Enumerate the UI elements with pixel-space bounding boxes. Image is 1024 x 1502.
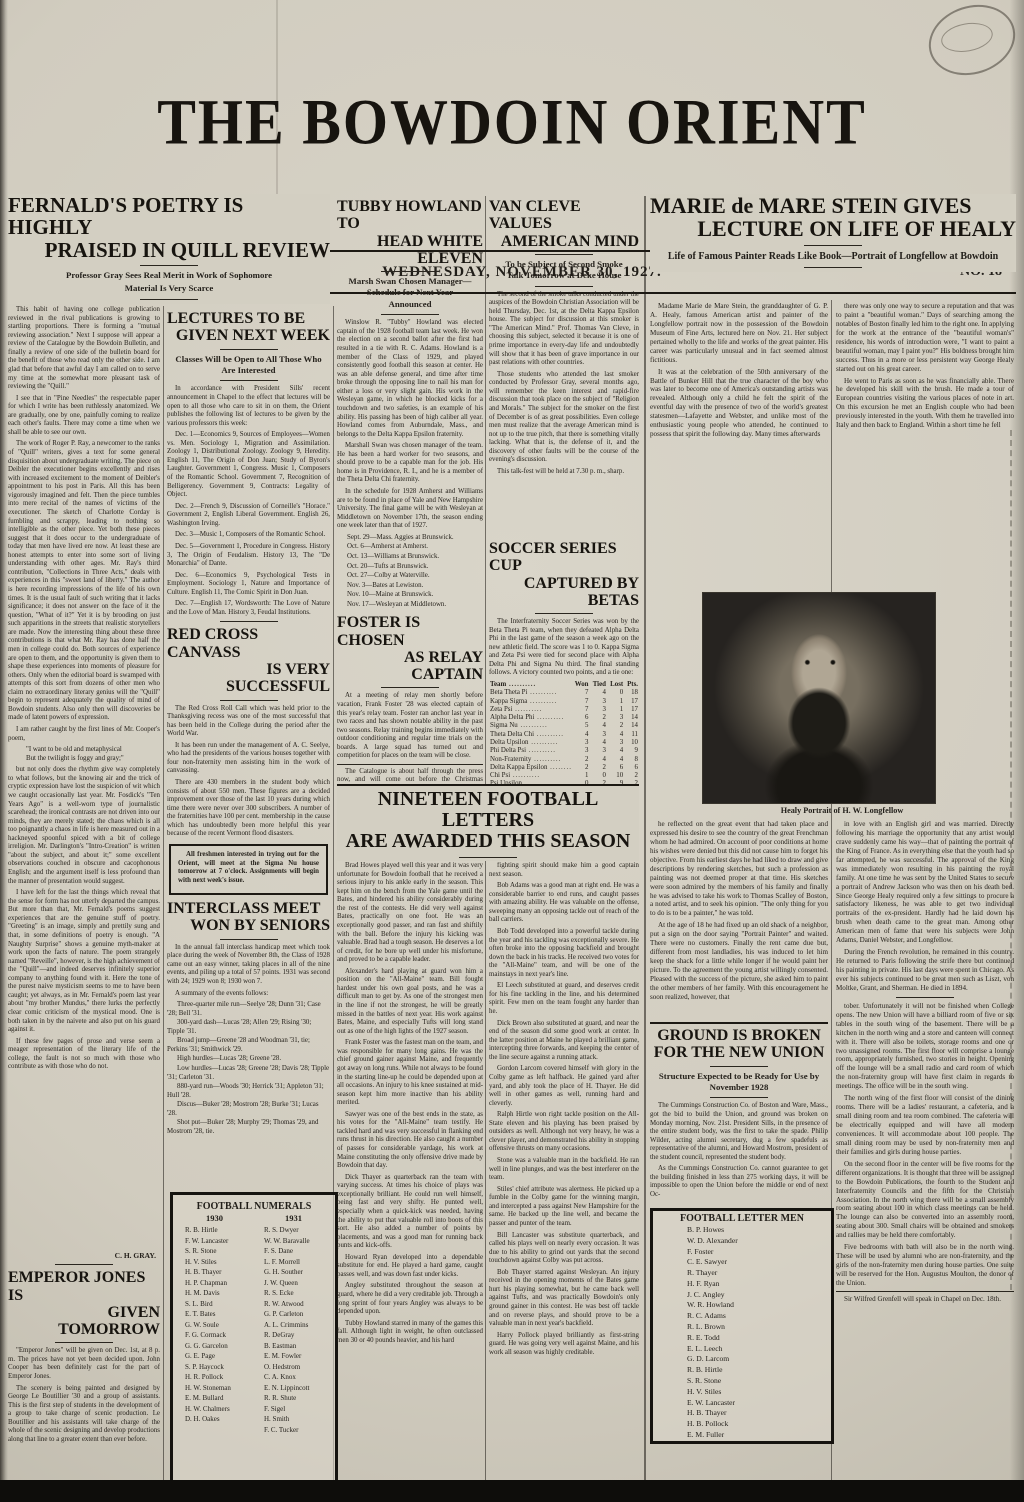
paragraph: I have left for the last the things whic…: [8, 889, 160, 1035]
table-cell: 1: [571, 772, 589, 780]
table-cell: 0: [590, 772, 607, 780]
player-name: G. H. Souther: [264, 1267, 333, 1278]
table-cell: 3: [571, 739, 589, 747]
table-cell: 1: [607, 698, 624, 706]
box-title: FOOTBALL NUMERALS: [175, 1201, 333, 1212]
player-name: F. Sigel: [264, 1404, 333, 1415]
subhead: Professor Gray Sees Real Merit in Work o…: [16, 270, 322, 281]
paragraph: Dec. 5—Government 1, Procedure in Congre…: [167, 543, 330, 569]
player-name: C. E. Sawyer: [687, 1257, 831, 1268]
player-name: H. R. Pollock: [185, 1372, 254, 1383]
table-cell: 7: [571, 689, 589, 697]
paragraph: There are 430 members in the student bod…: [167, 779, 330, 839]
player-name: H. B. Thayer: [687, 1408, 831, 1419]
column-fernald-body: This habit of having one college publica…: [8, 306, 160, 1248]
player-name: B. Eastman: [264, 1341, 333, 1352]
player-name: H. F. Ryan: [687, 1279, 831, 1290]
rule: [381, 314, 439, 315]
byline: C. H. GRAY.: [8, 1251, 156, 1260]
schedule-entry: Nov. 10—Maine at Brunswick.: [337, 591, 483, 600]
article-fernald-review-headline: FERNALD'S POETRY IS HIGHLY PRAISED IN QU…: [8, 194, 330, 304]
paragraph: The Red Cross Roll Call which was held p…: [167, 705, 330, 739]
table-cell: 2: [571, 756, 589, 764]
paragraph: in love with an English girl and was mar…: [836, 820, 1014, 945]
headline-van-cleve: VAN CLEVE VALUES AMERICAN MIND: [489, 198, 639, 250]
table-cell: 2: [607, 722, 624, 730]
paragraph: Dec. 6—Economics 9, Psychological Tests …: [167, 572, 330, 598]
paragraph: Tubby Howland starred in many of the gam…: [337, 1320, 483, 1346]
paragraph: This talk-fest will be held at 7.30 p. m…: [489, 468, 639, 477]
table-cell: 17: [624, 698, 639, 706]
player-name: R. L. Brown: [687, 1322, 831, 1333]
table-row: Sigma Nu54214: [489, 722, 639, 730]
player-name: J. W. Queen: [264, 1278, 333, 1289]
player-name: R. B. Hirtle: [687, 1365, 831, 1376]
player-name: H. M. Davis: [185, 1288, 254, 1299]
paragraph: Bob Adams was a good man at right end. H…: [489, 882, 639, 925]
table-cell: 3: [590, 747, 607, 755]
player-name: R. R. Shute: [264, 1393, 333, 1404]
paragraph: tober. Unfortunately it will not be fini…: [836, 1002, 1014, 1091]
player-name: R. E. Todd: [687, 1333, 831, 1344]
paragraph: In accordance with President Sills' rece…: [167, 385, 330, 428]
table-cell: 8: [624, 756, 639, 764]
numerals-1931-list: R. S. DwyerW. W. BaravalleF. S. DaneL. F…: [254, 1225, 333, 1435]
paragraph: During the French revolution, he remaine…: [836, 948, 1014, 993]
table-cell: Delta Upsilon: [489, 739, 571, 747]
rule: [804, 245, 862, 246]
column-healy-left-bottom: he reflected on the great event that had…: [650, 820, 828, 1018]
event-result: 300-yard dash—Lucas '28; Allen '29; Risi…: [167, 1019, 330, 1036]
column-soccer-series: SOCCER SERIES CUP CAPTURED BY BETAS The …: [489, 538, 639, 798]
player-name: E. N. Lippincott: [264, 1383, 333, 1394]
player-name: D. H. Oakes: [185, 1414, 254, 1425]
rule: [710, 1097, 768, 1098]
paragraph: Five bedrooms with bath will also be in …: [836, 1243, 1014, 1288]
football-letter-men-box: FOOTBALL LETTER MEN B. P. HowesW. D. Ale…: [650, 1208, 834, 1444]
table-cell: 3: [571, 747, 589, 755]
paragraph: Those students who attended the last smo…: [489, 371, 639, 465]
rule: [55, 1342, 113, 1343]
table-cell: 4: [590, 739, 607, 747]
table-cell: Phi Delta Psi: [489, 747, 571, 755]
paragraph: It has been run under the management of …: [167, 742, 330, 776]
table-row: Kappa Sigma73117: [489, 698, 639, 706]
table-cell: Sigma Nu: [489, 722, 571, 730]
table-cell: 2: [624, 772, 639, 780]
paragraph: fighting spirit should make him a good c…: [489, 862, 639, 879]
player-name: G. E. Page: [185, 1351, 254, 1362]
rule: [220, 349, 278, 350]
schedule-entry: Oct. 6—Amherst at Amherst.: [337, 543, 483, 552]
player-name: E. L. Leech: [687, 1344, 831, 1355]
table-row: Phi Delta Psi3349: [489, 747, 639, 755]
paragraph: At the age of 18 he had fixed up an old …: [650, 921, 828, 1001]
player-name: H. B. Thayer: [185, 1267, 254, 1278]
table-row: Chi Psi10102: [489, 772, 639, 780]
paragraph: The second of the smoke talks conducted …: [489, 291, 639, 368]
numerals-1930-list: R. B. HirtleF. W. LancasterS. R. StoneH.…: [175, 1225, 254, 1435]
schedule-1928-list: Sept. 29—Mass. Aggies at Brunswick.Oct. …: [337, 534, 483, 610]
player-name: R. B. Hirtle: [185, 1225, 254, 1236]
table-cell: 4: [571, 731, 589, 739]
column-header: Won: [571, 681, 589, 689]
table-row: Zeta Psi73117: [489, 706, 639, 714]
player-name: G. W. Soule: [185, 1320, 254, 1331]
paragraph: Marshall Swan was chosen manager of the …: [337, 442, 483, 485]
paragraph: The Interfraternity Soccer Series was wo…: [489, 618, 639, 678]
newspaper-page: THE BOWDOIN ORIENT VOL. LVII. WEDNESDAY,…: [0, 0, 1024, 1502]
event-result: 880-yard run—Woods '30; Herrick '31; App…: [167, 1083, 330, 1100]
subhead: Classes Will be Open to All Those Who Ar…: [175, 354, 322, 377]
table-cell: 2: [590, 764, 607, 772]
table-row: Theta Delta Chi43411: [489, 731, 639, 739]
headline-ground-broken: GROUND IS BROKEN FOR THE NEW UNION: [650, 1022, 828, 1062]
event-result: Shot put—Buker '28; Murphy '29; Thomas '…: [167, 1119, 330, 1136]
player-name: R. S. Ecke: [264, 1288, 333, 1299]
paragraph: I see that in "Pine Needles" the respect…: [8, 395, 160, 438]
column-rule: [644, 196, 646, 1480]
table-cell: 4: [590, 722, 607, 730]
column-header: Lost: [607, 681, 624, 689]
box-title: FOOTBALL LETTER MEN: [653, 1213, 831, 1224]
player-name: L. F. Morrell: [264, 1257, 333, 1268]
paragraph: Brad Howes played well this year and it …: [337, 862, 483, 965]
rule: [220, 621, 278, 622]
player-name: E. M. Bullard: [185, 1393, 254, 1404]
paragraph: As the Cummings Construction Co. cannot …: [650, 1165, 828, 1199]
event-result: High hurdles—Lucas '28; Greene '28.: [167, 1055, 330, 1064]
paragraph: This habit of having one college publica…: [8, 306, 160, 392]
paragraph: Frank Foster was the fastest man on the …: [337, 1039, 483, 1108]
column-lectures-redcross-interclass: LECTURES TO BE GIVEN NEXT WEEK Classes W…: [167, 308, 330, 1188]
paragraph: The scenery is being painted and designe…: [8, 1385, 160, 1445]
paragraph: Madame Marie de Mare Stein, the granddau…: [650, 302, 828, 365]
player-name: E. W. Lancaster: [687, 1398, 831, 1409]
numerals-columns: R. B. HirtleF. W. LancasterS. R. StoneH.…: [175, 1225, 333, 1435]
poem-quote: "I want to be old and metaphysicalBut th…: [26, 746, 160, 763]
paragraph: In the annual fall interclass handicap m…: [167, 944, 330, 987]
rule: [896, 997, 954, 998]
player-name: W. W. Baravalle: [264, 1236, 333, 1247]
paragraph: Stiles' chief attribute was alertness. H…: [489, 1186, 639, 1229]
column-emperor-jones: C. H. GRAY. EMPEROR JONES IS GIVEN TOMOR…: [8, 1250, 160, 1496]
schedule-entry: Oct. 20—Tufts at Brunswick.: [337, 563, 483, 572]
player-name: H. V. Stiles: [185, 1257, 254, 1268]
rule: [220, 939, 278, 940]
table-cell: 17: [624, 706, 639, 714]
table-cell: 4: [590, 689, 607, 697]
paragraph: Sawyer was one of the best ends in the s…: [337, 1111, 483, 1171]
schedule-entry: Sept. 29—Mass. Aggies at Brunswick.: [337, 534, 483, 543]
column-rule: [163, 306, 164, 1480]
player-name: C. A. Knox: [264, 1372, 333, 1383]
table-cell: Alpha Delta Phi: [489, 714, 571, 722]
table-cell: 10: [624, 739, 639, 747]
headline-howland: TUBBY HOWLAND TO HEAD WHITE ELEVEN: [337, 198, 483, 267]
event-result: Low hurdles—Lucas '28; Greene '28; Davis…: [167, 1065, 330, 1082]
table-header-row: Team Won Tied Lost Pts.: [489, 681, 639, 689]
player-name: R. Thayer: [687, 1268, 831, 1279]
paragraph: In the schedule for 1928 Amherst and Wil…: [337, 488, 483, 531]
paragraph: The Cummings Construction Co. of Boston …: [650, 1102, 828, 1162]
player-name: H. P. Chapman: [185, 1278, 254, 1289]
rule: [535, 254, 593, 255]
table-row: Alpha Delta Phi62314: [489, 714, 639, 722]
paragraph: If these few pages of prose and verse se…: [8, 1038, 160, 1072]
event-result: Broad jump—Greene '28 and Woodman '31, t…: [167, 1037, 330, 1054]
rule: [140, 299, 198, 300]
column-healy-right-top: there was only one way to secure a reput…: [836, 302, 1014, 590]
column-header: Team: [489, 681, 571, 689]
rule: [710, 1066, 768, 1067]
table-cell: 3: [590, 698, 607, 706]
football-numerals-box: FOOTBALL NUMERALS 1930 1931 R. B. Hirtle…: [170, 1192, 338, 1498]
player-name: O. Hedstrom: [264, 1362, 333, 1373]
table-row: Non-Fraternity2448: [489, 756, 639, 764]
table-cell: 6: [624, 764, 639, 772]
paragraph: I am rather caught by the first lines of…: [8, 726, 160, 743]
rule: [459, 857, 517, 858]
paragraph: Dec. 1—Economics 9, Sources of Employees…: [167, 431, 330, 500]
table-cell: 4: [607, 731, 624, 739]
paragraph: Bob Thayer starred against Wesleyan. An …: [489, 1269, 639, 1329]
paragraph: The north wing of the first floor will c…: [836, 1094, 1014, 1157]
article-healy-lecture-headline: MARIE de MARE STEIN GIVES LECTURE ON LIF…: [650, 194, 1016, 272]
paragraph: Bill Lancaster was substitute quarterbac…: [489, 1232, 639, 1266]
player-name: S. R. Stone: [687, 1376, 831, 1387]
table-cell: 6: [607, 764, 624, 772]
table-row: Beta Theta Pi74018: [489, 689, 639, 697]
table-cell: 0: [607, 689, 624, 697]
column-letters-right: fighting spirit should make him a good c…: [489, 862, 639, 1495]
table-cell: 7: [571, 698, 589, 706]
rule: [220, 380, 278, 381]
schedule-entry: Oct. 27—Colby at Waterville.: [337, 572, 483, 581]
table-cell: 3: [607, 739, 624, 747]
player-name: H. B. Pollock: [687, 1419, 831, 1430]
subhead: Marsh Swan Chosen Manager—Schedule for N…: [345, 276, 475, 310]
grenfell-note: Sir Wilfred Grenfell will speak in Chape…: [836, 1291, 1014, 1304]
table-cell: Delta Kappa Epsilon: [489, 764, 571, 772]
paragraph: Winslow R. "Tubby" Howland was elected c…: [337, 319, 483, 439]
player-name: R. S. Dwyer: [264, 1225, 333, 1236]
paragraph: Dick Brown also substituted at guard, an…: [489, 1020, 639, 1063]
masthead-title: THE BOWDOIN ORIENT: [0, 84, 1024, 159]
headline: FERNALD'S POETRY IS HIGHLY PRAISED IN QU…: [8, 194, 330, 261]
player-name: H. Smith: [264, 1414, 333, 1425]
headline: EMPEROR JONES IS GIVEN TOMORROW: [8, 1269, 160, 1338]
table-cell: 9: [624, 747, 639, 755]
table-cell: 6: [571, 714, 589, 722]
player-name: E. T. Bates: [185, 1309, 254, 1320]
table-cell: 3: [590, 731, 607, 739]
player-name: F. G. Cormack: [185, 1330, 254, 1341]
table-cell: 10: [607, 772, 624, 780]
notice-text: All freshmen interested in trying out fo…: [178, 851, 319, 885]
headline-interclass: INTERCLASS MEET WON BY SENIORS: [167, 900, 330, 935]
player-name: R. C. Adams: [687, 1311, 831, 1322]
player-name: F. C. Tucker: [264, 1425, 333, 1436]
player-name: G. D. Larcom: [687, 1354, 831, 1365]
subhead: Material Is Very Scarce: [16, 283, 322, 294]
player-name: F. Foster: [687, 1247, 831, 1258]
paragraph: He went to Paris as soon as he was finan…: [836, 377, 1014, 431]
event-result: Discus—Buker '28; Mostrom '28; Burke '31…: [167, 1101, 330, 1118]
paragraph: El Leech substituted at guard, and deser…: [489, 982, 639, 1016]
paragraph: Dick Thayer as quarterback ran the team …: [337, 1174, 483, 1251]
year-headers: 1930 1931: [175, 1213, 333, 1223]
paragraph: Ralph Hirtle won right tackle position o…: [489, 1111, 639, 1154]
table-cell: Kappa Sigma: [489, 698, 571, 706]
column-letters-left: Brad Howes played well this year and it …: [337, 862, 483, 1495]
table-cell: 11: [624, 731, 639, 739]
table-cell: 4: [607, 747, 624, 755]
paragraph: Harry Pollock played brilliantly as firs…: [489, 1332, 639, 1358]
paragraph: Alexander's hard playing at guard won hi…: [337, 968, 483, 1037]
player-name: G. P. Carleton: [264, 1309, 333, 1320]
table-row: Delta Upsilon34310: [489, 739, 639, 747]
paragraph: Dec. 2—French 9, Discussion of Corneille…: [167, 503, 330, 529]
table-cell: 1: [607, 706, 624, 714]
photo-caption: Healy Portrait of H. W. Longfellow: [712, 806, 972, 815]
table-cell: 14: [624, 714, 639, 722]
rule: [381, 687, 439, 688]
schedule-entry: Nov. 17—Wesleyan at Middletown.: [337, 601, 483, 610]
table-cell: 18: [624, 689, 639, 697]
longfellow-portrait-photo: [702, 592, 936, 804]
player-name: E. M. Fowler: [264, 1351, 333, 1362]
table-cell: Theta Delta Chi: [489, 731, 571, 739]
paragraph: Dec. 7—English 17, Wordsworth: The Love …: [167, 600, 330, 617]
table-row: Delta Kappa Epsilon2266: [489, 764, 639, 772]
ink-stamp: [920, 0, 1024, 86]
schedule-entry: Oct. 13—Williams at Brunswick.: [337, 553, 483, 562]
table-cell: 4: [590, 756, 607, 764]
year-1930: 1930: [175, 1213, 254, 1223]
player-name: R. W. Atwood: [264, 1299, 333, 1310]
table-cell: 2: [571, 764, 589, 772]
rule: [804, 267, 862, 268]
player-name: H. W. Chalmers: [185, 1404, 254, 1415]
event-results-list: Three-quarter mile run—Seelye '28; Dunn …: [167, 1001, 330, 1136]
paragraph: Bob Todd developed into a powerful tackl…: [489, 928, 639, 979]
player-name: R. DeGray: [264, 1330, 333, 1341]
headline-soccer: SOCCER SERIES CUP CAPTURED BY BETAS: [489, 540, 639, 609]
paragraph: he reflected on the great event that had…: [650, 820, 828, 918]
player-name: E. M. Fuller: [687, 1430, 831, 1441]
player-name: S. P. Haycock: [185, 1362, 254, 1373]
schedule-entry: Nov. 3—Bates at Lewiston.: [337, 582, 483, 591]
column-van-cleve: VAN CLEVE VALUES AMERICAN MIND To be Sub…: [489, 196, 639, 536]
page-edge-left: [0, 0, 8, 1502]
player-name: F. S. Dane: [264, 1246, 333, 1257]
player-name: A. L. Crimmins: [264, 1320, 333, 1331]
player-name: H. V. Stiles: [687, 1387, 831, 1398]
table-cell: 3: [590, 706, 607, 714]
player-name: W. D. Alexander: [687, 1236, 831, 1247]
letter-men-list: B. P. HowesW. D. AlexanderF. FosterC. E.…: [653, 1225, 831, 1441]
paragraph: Gordon Larcom covered himself with glory…: [489, 1065, 639, 1108]
paragraph: Angley substituted throughout the season…: [337, 1282, 483, 1316]
subhead: Structure Expected to be Ready for Use b…: [658, 1071, 820, 1094]
player-name: F. W. Lancaster: [185, 1236, 254, 1247]
column-header: Pts.: [624, 681, 639, 689]
article-football-letters-headline: NINETEEN FOOTBALL LETTERS ARE AWARDED TH…: [337, 784, 639, 861]
table-cell: 14: [624, 722, 639, 730]
player-name: S. R. Stone: [185, 1246, 254, 1257]
table-cell: Non-Fraternity: [489, 756, 571, 764]
freshmen-notice-box: All freshmen interested in trying out fo…: [169, 844, 328, 895]
table-cell: Beta Theta Pi: [489, 689, 571, 697]
paragraph: Howard Ryan developed into a dependable …: [337, 1254, 483, 1280]
paragraph: but not only does the rhythm give way co…: [8, 766, 160, 886]
paragraph: On the second floor in the center will b…: [836, 1160, 1014, 1240]
player-name: H. W. Stoneman: [185, 1383, 254, 1394]
table-cell: 4: [607, 756, 624, 764]
subhead: Life of Famous Painter Reads Like Book—P…: [658, 250, 1008, 263]
headline-lectures: LECTURES TO BE GIVEN NEXT WEEK: [167, 310, 330, 345]
player-name: W. R. Howland: [687, 1300, 831, 1311]
player-name: G. G. Garcelon: [185, 1341, 254, 1352]
player-name: B. P. Howes: [687, 1225, 831, 1236]
table-cell: Chi Psi: [489, 772, 571, 780]
quote-line: "I want to be old and metaphysical: [26, 746, 160, 755]
paragraph: A summary of the events follows:: [167, 990, 330, 999]
event-result: Three-quarter mile run—Seelye '28; Dunn …: [167, 1001, 330, 1018]
rule: [220, 700, 278, 701]
headline: NINETEEN FOOTBALL LETTERS ARE AWARDED TH…: [337, 789, 639, 853]
paragraph: "Emperor Jones" will be given on Dec. 1s…: [8, 1347, 160, 1381]
table-cell: Zeta Psi: [489, 706, 571, 714]
paragraph: there was only one way to secure a reput…: [836, 302, 1014, 374]
subhead: To be Subject of Second Smoke Talk Tomor…: [497, 259, 631, 282]
quote-line: But the twilight is foggy and gray;": [26, 755, 160, 764]
table-cell: 3: [607, 714, 624, 722]
column-header: Tied: [590, 681, 607, 689]
paragraph: At a meeting of relay men shortly before…: [337, 692, 483, 761]
paragraph: Dec. 3—Music 1, Composers of the Romanti…: [167, 531, 330, 540]
player-name: J. C. Angley: [687, 1290, 831, 1301]
column-healy-left-top: Madame Marie de Mare Stein, the granddau…: [650, 302, 828, 590]
rule: [535, 286, 593, 287]
column-healy-right-bottom: in love with an English girl and was mar…: [836, 820, 1014, 1480]
headline: MARIE de MARE STEIN GIVES LECTURE ON LIF…: [650, 194, 1016, 241]
rule: [140, 265, 198, 266]
player-name: S. L. Bird: [185, 1299, 254, 1310]
table-cell: 7: [571, 706, 589, 714]
rule: [535, 613, 593, 614]
soccer-standings-table: Team Won Tied Lost Pts. Beta Theta Pi740…: [489, 681, 639, 789]
table-cell: 2: [590, 714, 607, 722]
year-1931: 1931: [254, 1213, 333, 1223]
headline-foster: FOSTER IS CHOSEN AS RELAY CAPTAIN: [337, 614, 483, 683]
headline-red-cross: RED CROSS CANVASS IS VERY SUCCESSFUL: [167, 626, 330, 695]
paragraph: It was at the celebration of the 50th an…: [650, 368, 828, 440]
column-ground-broken: GROUND IS BROKEN FOR THE NEW UNION Struc…: [650, 1020, 828, 1206]
rule: [55, 1264, 113, 1265]
column-howland-foster: TUBBY HOWLAND TO HEAD WHITE ELEVEN Marsh…: [337, 196, 483, 798]
paragraph: Stone was a valuable man in the backfiel…: [489, 1157, 639, 1183]
table-cell: 5: [571, 722, 589, 730]
rule: [381, 271, 439, 272]
paragraph: The work of Roger P. Ray, a newcomer to …: [8, 440, 160, 723]
